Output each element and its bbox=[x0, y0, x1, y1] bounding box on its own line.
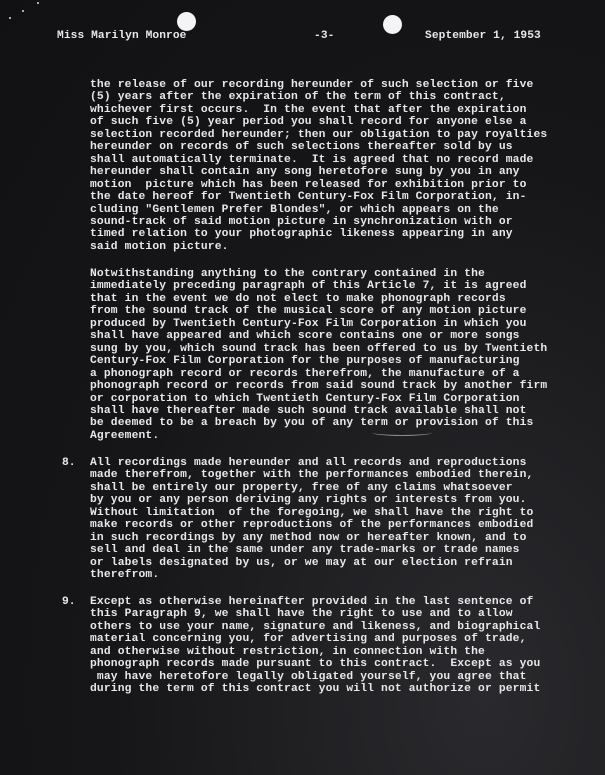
text-line: (5) years after the expiration of the te… bbox=[90, 91, 547, 103]
text-line: or labels designated by us, or we may at… bbox=[90, 557, 533, 569]
text-line: from the sound track of the musical scor… bbox=[90, 305, 547, 317]
text-line: motion picture which has been released f… bbox=[90, 179, 547, 191]
header-page-number: -3- bbox=[314, 30, 334, 42]
text-line: hereunder on records of such selections … bbox=[90, 141, 547, 153]
text-line: therefrom. bbox=[90, 569, 533, 581]
text-line: others to use your name, signature and l… bbox=[90, 621, 540, 633]
paragraph-9: Except as otherwise hereinafter provided… bbox=[90, 596, 540, 696]
text-line: Century-Fox Film Corporation for the pur… bbox=[90, 355, 547, 367]
text-line: by you or any person deriving any rights… bbox=[90, 494, 533, 506]
scan-speck bbox=[9, 17, 11, 19]
text-line: of such five (5) year period you shall r… bbox=[90, 116, 547, 128]
text-line: phonograph records made pursuant to this… bbox=[90, 658, 540, 670]
text-line: or corporation to which Twentieth Centur… bbox=[90, 393, 547, 405]
text-line: whichever first occurs. In the event tha… bbox=[90, 104, 547, 116]
text-line: Without limitation of the foregoing, we … bbox=[90, 507, 533, 519]
text-line: sung by you, which sound track has been … bbox=[90, 343, 547, 355]
paragraph-notwithstanding: Notwithstanding anything to the contrary… bbox=[90, 268, 547, 442]
text-line: cluding "Gentlemen Prefer Blondes", or w… bbox=[90, 204, 547, 216]
pen-mark bbox=[372, 429, 432, 436]
text-line: hereunder shall contain any song heretof… bbox=[90, 166, 547, 178]
scan-speck bbox=[37, 2, 39, 4]
text-line: timed relation to your photographic like… bbox=[90, 228, 547, 240]
text-line: material concerning you, for advertising… bbox=[90, 633, 540, 645]
text-line: a phonograph record or records therefrom… bbox=[90, 368, 547, 380]
text-line: and otherwise without restriction, in co… bbox=[90, 646, 540, 658]
text-line: that in the event we do not elect to mak… bbox=[90, 293, 547, 305]
text-line: produced by Twentieth Century-Fox Film C… bbox=[90, 318, 547, 330]
text-line: the release of our recording hereunder o… bbox=[90, 79, 547, 91]
text-line: during the term of this contract you wil… bbox=[90, 683, 540, 695]
text-line: made therefrom, together with the perfor… bbox=[90, 469, 533, 481]
text-line: All recordings made hereunder and all re… bbox=[90, 457, 533, 469]
paragraph-8: All recordings made hereunder and all re… bbox=[90, 457, 533, 582]
text-line: Agreement. bbox=[90, 430, 547, 442]
text-line: sell and deal in the same under any trad… bbox=[90, 544, 533, 556]
text-line: in such recordings by any method now or … bbox=[90, 532, 533, 544]
scan-speck bbox=[22, 10, 24, 12]
document-page: Miss Marilyn Monroe -3- September 1, 195… bbox=[0, 0, 605, 775]
text-line: be deemed to be a breach by you of any t… bbox=[90, 417, 547, 429]
text-line: shall automatically terminate. It is agr… bbox=[90, 154, 547, 166]
text-line: make records or other reproductions of t… bbox=[90, 519, 533, 531]
text-line: sound-track of said motion picture in sy… bbox=[90, 216, 547, 228]
text-line: Notwithstanding anything to the contrary… bbox=[90, 268, 547, 280]
punch-hole-left bbox=[177, 12, 196, 31]
text-line: selection recorded hereunder; then our o… bbox=[90, 129, 547, 141]
paragraph-8-number: 8. bbox=[62, 457, 76, 469]
paragraph-continuation: the release of our recording hereunder o… bbox=[90, 79, 547, 253]
text-line: phonograph record or records from said s… bbox=[90, 380, 547, 392]
text-line: Except as otherwise hereinafter provided… bbox=[90, 596, 540, 608]
text-line: may have heretofore legally obligated yo… bbox=[90, 671, 540, 683]
text-line: said motion picture. bbox=[90, 241, 547, 253]
text-line: shall have thereafter made such sound tr… bbox=[90, 405, 547, 417]
text-line: shall have appeared and which score cont… bbox=[90, 330, 547, 342]
text-line: the date hereof for Twentieth Century-Fo… bbox=[90, 191, 547, 203]
text-line: this Paragraph 9, we shall have the righ… bbox=[90, 608, 540, 620]
page-header: Miss Marilyn Monroe -3- September 1, 195… bbox=[0, 30, 605, 46]
text-line: immediately preceding paragraph of this … bbox=[90, 280, 547, 292]
header-recipient: Miss Marilyn Monroe bbox=[57, 30, 186, 42]
paragraph-9-number: 9. bbox=[62, 596, 76, 608]
header-date: September 1, 1953 bbox=[425, 30, 541, 42]
text-line: shall be entirely our property, free of … bbox=[90, 482, 533, 494]
